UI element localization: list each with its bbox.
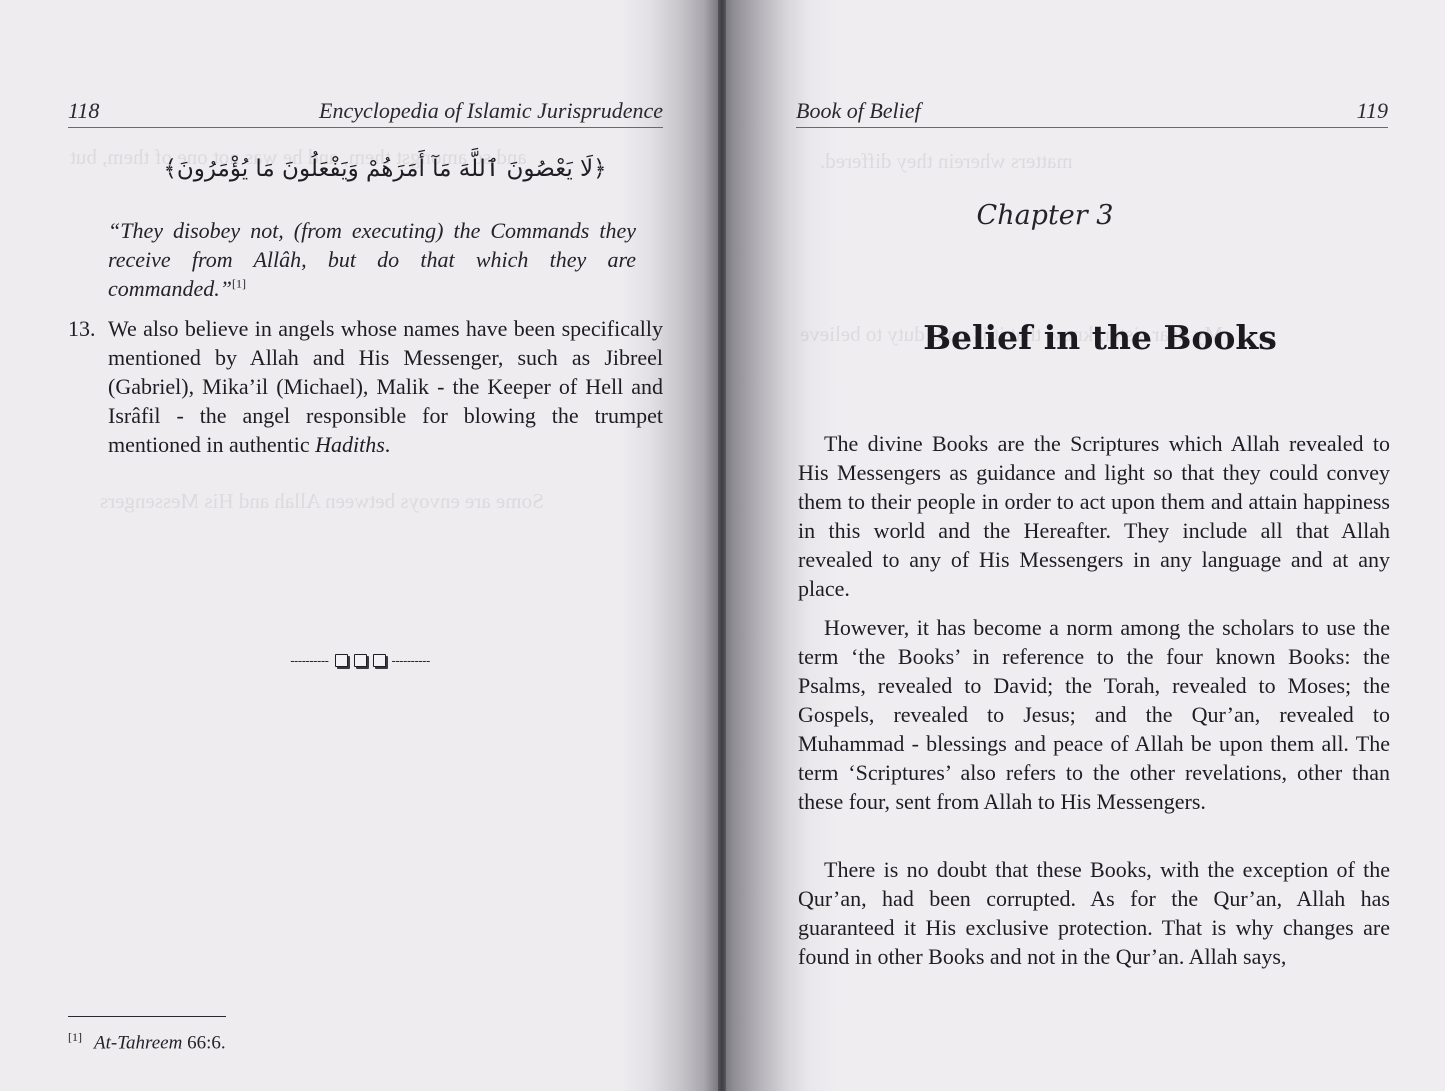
footnote-reference-text: 66:6. — [182, 1032, 225, 1053]
separator-dashes: ---------- — [392, 653, 430, 668]
footnote: [1]At-Tahreem 66:6. — [68, 1030, 226, 1054]
verse-translation: “They disobey not, (from executing) the … — [108, 216, 636, 303]
left-running-head: 118 Encyclopedia of Islamic Jurisprudenc… — [68, 95, 663, 128]
separator-box-icon — [354, 654, 367, 667]
section-separator: ---------- ---------- — [240, 648, 480, 672]
book-gutter — [718, 0, 726, 1091]
right-running-head: Book of Belief 119 — [796, 95, 1388, 128]
footnote-reference: [1] — [232, 277, 246, 291]
italic-term: Hadiths — [315, 432, 385, 457]
chapter-title: Belief in the Books — [870, 318, 1330, 357]
book-spread: and so amongst them, and he was not one … — [0, 0, 1445, 1091]
footnote-source: At-Tahreem — [94, 1032, 182, 1053]
footnote-divider — [68, 1016, 226, 1017]
chapter-number: Chapter 3 — [935, 200, 1155, 231]
separator-dashes: ---------- — [290, 653, 328, 668]
running-title: Encyclopedia of Islamic Jurisprudence — [319, 98, 663, 124]
separator-box-icon — [373, 654, 386, 667]
body-paragraph: The divine Books are the Scriptures whic… — [798, 429, 1390, 603]
running-title: Book of Belief — [796, 98, 921, 124]
arabic-verse: ﴿لَا يَعْصُونَ ٱللَّهَ مَآ أَمَرَهُمْ وَ… — [150, 156, 620, 182]
item-number: 13. — [68, 314, 96, 343]
page-number: 119 — [1357, 98, 1388, 124]
separator-box-icon — [335, 654, 348, 667]
numbered-paragraph: 13. We also believe in angels whose name… — [68, 314, 663, 459]
page-number: 118 — [68, 98, 99, 124]
verse-translation-text: “They disobey not, (from executing) the … — [108, 218, 636, 301]
footnote-marker: [1] — [68, 1030, 82, 1044]
body-paragraph: There is no doubt that these Books, with… — [798, 855, 1390, 971]
body-paragraph: However, it has become a norm among the … — [798, 613, 1390, 816]
item-text: We also believe in angels whose names ha… — [108, 314, 663, 459]
